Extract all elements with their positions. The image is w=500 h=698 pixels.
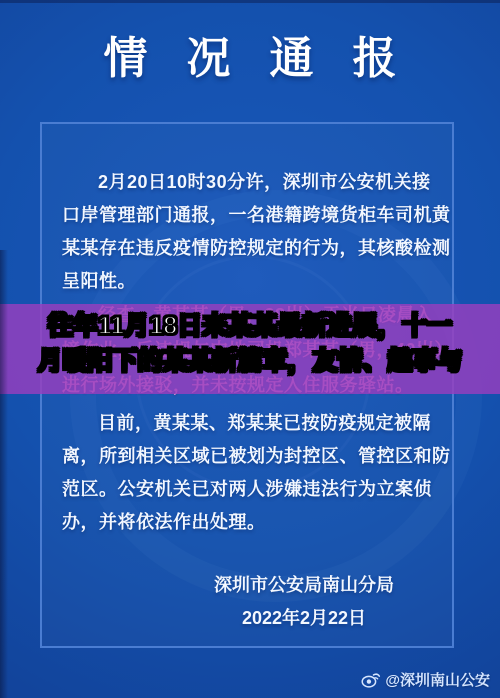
notice-paragraph-1: 2月20日10时30分许，深圳市公安机关接 口岸管理部门通报，一名港籍跨境货柜车…	[62, 166, 436, 298]
issuer-block: 深圳市公安局南山分局 2022年2月22日	[214, 569, 394, 635]
notice-line: 2月20日10时30分许，深圳市公安机关接	[62, 166, 436, 199]
notice-line: 某某存在违反疫情防控规定的行为，其核酸检测	[62, 232, 436, 265]
headline-text: 往年11月18日来某某最新进展，十一 月暖阳下的某某新篇章，友情、趣事与	[0, 309, 500, 379]
notice-line: 呈阳性。	[62, 265, 436, 298]
weibo-watermark: @深圳南山公安	[361, 669, 490, 690]
notice-line: 目前，黄某某、郑某某已按防疫规定被隔	[62, 407, 436, 440]
notice-title: 情 况 通 报	[0, 28, 500, 90]
headline-line-2: 月暖阳下的某某新篇章，友情、趣事与	[0, 344, 500, 379]
weibo-account: @深圳南山公安	[385, 669, 490, 690]
notice-paragraph-3: 目前，黄某某、郑某某已按防疫规定被隔 离，所到相关区域已被划为封控区、管控区和防…	[62, 407, 436, 539]
notice-line: 离，所到相关区域已被划为封控区、管控区和防	[62, 440, 436, 473]
notice-image: 情 况 通 报 2月20日10时30分许，深圳市公安机关接 口岸管理部门通报，一…	[0, 0, 500, 698]
notice-line: 口岸管理部门通报，一名港籍跨境货柜车司机黄	[62, 199, 436, 232]
weibo-icon	[361, 671, 381, 688]
issue-date: 2022年2月22日	[214, 602, 394, 635]
headline-line-1: 往年11月18日来某某最新进展，十一	[0, 309, 500, 344]
issuer-name: 深圳市公安局南山分局	[214, 569, 394, 602]
notice-line: 范区。公安机关已对两人涉嫌违法行为立案侦	[62, 473, 436, 506]
notice-line: 办，并将依法作出处理。	[62, 506, 436, 539]
